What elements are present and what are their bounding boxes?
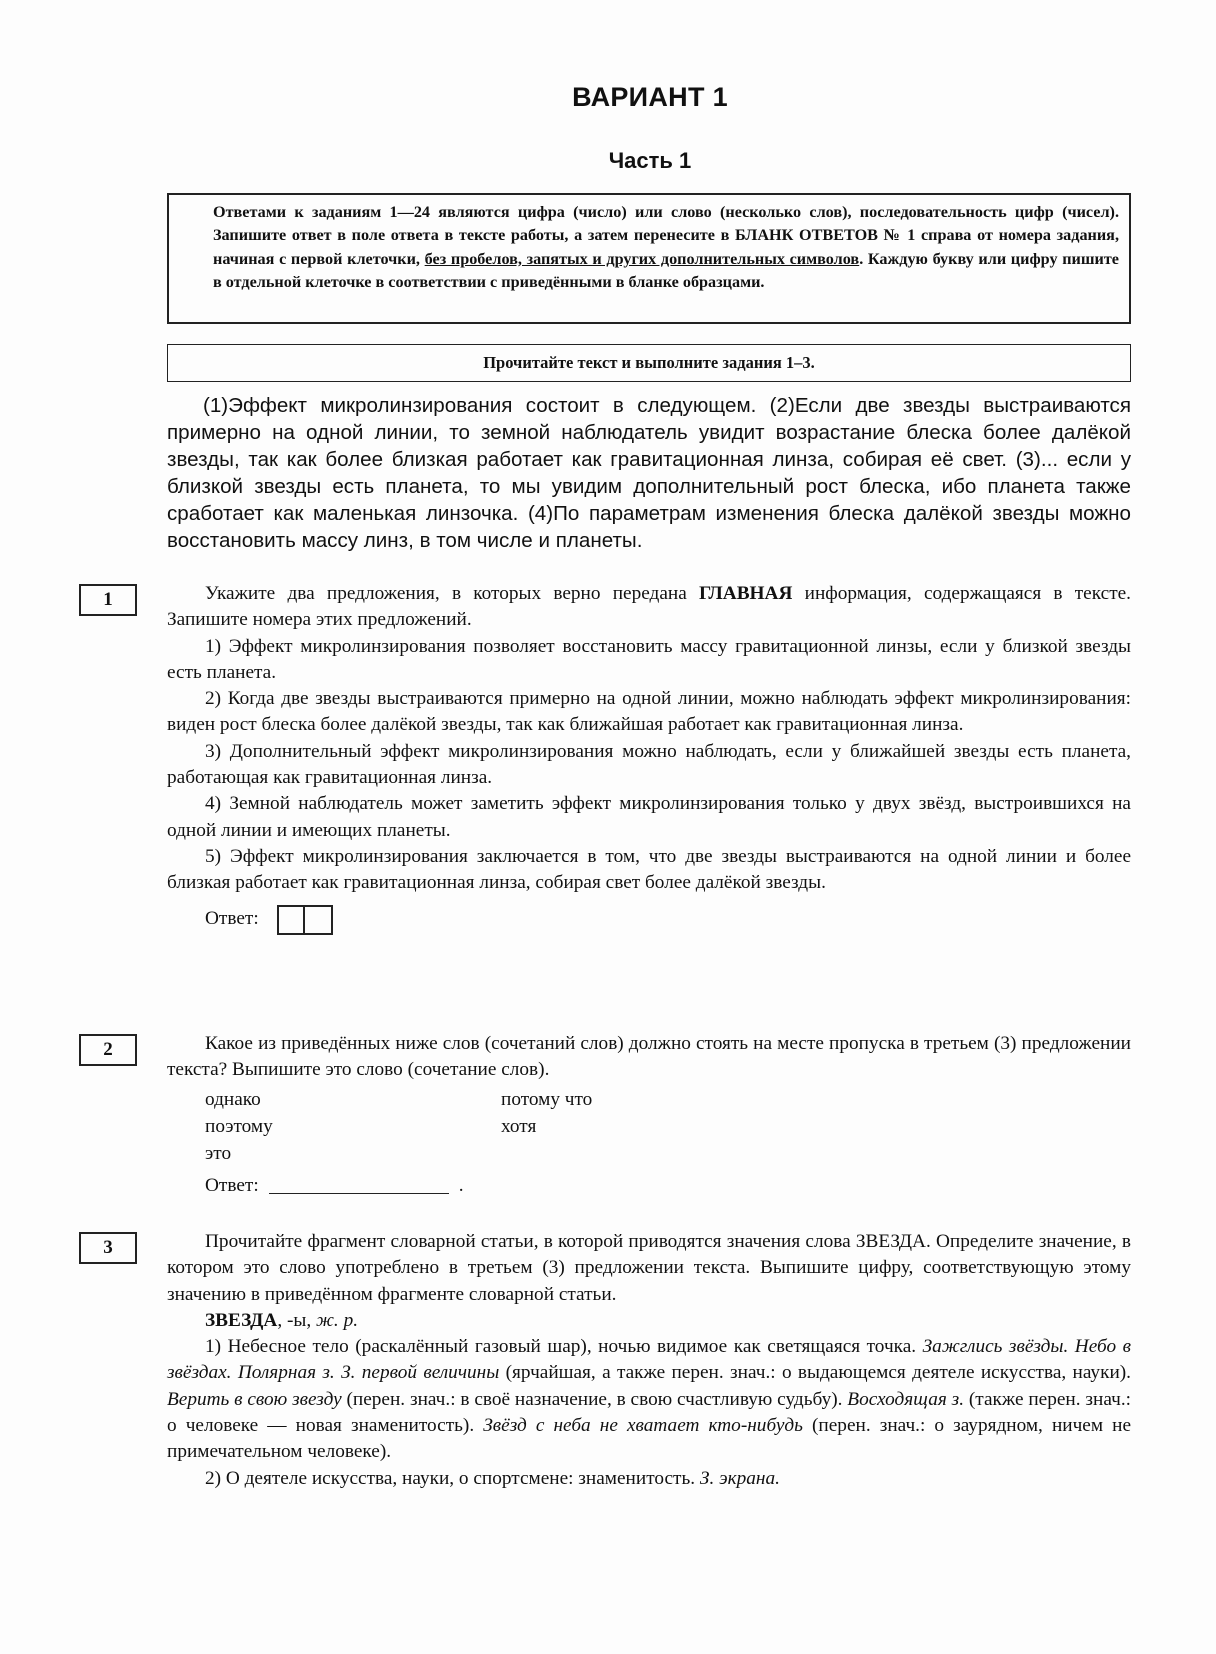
- task-number-2: 2: [79, 1034, 137, 1066]
- read-prompt-box: Прочитайте текст и выполните задания 1–3…: [167, 344, 1131, 382]
- task-2-answer-period: .: [459, 1173, 464, 1199]
- task-2-word: потому что: [501, 1086, 801, 1113]
- task-2-word: это: [205, 1140, 501, 1167]
- instructions-box: Ответами к заданиям 1—24 являются цифра …: [167, 193, 1131, 324]
- dictionary-meaning-2: 2) О деятеле искусства, науки, о спортсм…: [167, 1466, 1131, 1492]
- dictionary-ending: , -ы,: [277, 1310, 316, 1331]
- task-1-prompt: Укажите два предложения, в которых верно…: [167, 581, 1131, 634]
- task-1-option-2: 2) Когда две звезды выстраиваются пример…: [167, 686, 1131, 739]
- dictionary-example: З. экрана.: [700, 1468, 780, 1489]
- task-2-answer-field[interactable]: [269, 1177, 449, 1194]
- task-number-1: 1: [79, 584, 137, 616]
- task-1-option-5: 5) Эффект микролинзирования заключается …: [167, 844, 1131, 897]
- task-2-prompt: Какое из приведённых ниже слов (сочетани…: [167, 1031, 1131, 1084]
- instructions-underlined: без пробелов, запятых и других дополните…: [425, 250, 860, 268]
- source-text: (1)Эффект микролинзирования состоит в сл…: [167, 392, 1131, 554]
- dictionary-definition: (перен. знач.: в своё назначение, в свою…: [342, 1389, 848, 1410]
- dictionary-entry-head: ЗВЕЗДА, -ы, ж. р.: [167, 1308, 1131, 1334]
- task-3: Прочитайте фрагмент словарной статьи, в …: [167, 1229, 1131, 1492]
- task-2-word: однако: [205, 1086, 501, 1113]
- dictionary-example: Звёзд с неба не хватает кто-нибудь: [483, 1415, 803, 1436]
- task-1-answer-label: Ответ:: [205, 906, 259, 932]
- task-1-option-1: 1) Эффект микролинзирования позволяет во…: [167, 634, 1131, 687]
- task-2-answer-row: Ответ: .: [167, 1173, 1131, 1199]
- task-1-prompt-part: Укажите два предложения, в которых верно…: [205, 583, 699, 604]
- variant-title: ВАРИАНТ 1: [0, 82, 1216, 113]
- dictionary-definition: 1) Небесное тело (раскалённый газовый ша…: [205, 1336, 923, 1357]
- dictionary-definition: (ярчайшая, а также перен. знач.: о выдаю…: [499, 1362, 1131, 1383]
- task-1-option-3: 3) Дополнительный эффект микролинзирован…: [167, 739, 1131, 792]
- dictionary-gender: ж. р.: [316, 1310, 358, 1331]
- task-1-answer-cell-2[interactable]: [305, 905, 333, 935]
- task-1-answer-cell-1[interactable]: [277, 905, 305, 935]
- dictionary-headword: ЗВЕЗДА: [205, 1310, 277, 1331]
- task-1-prompt-bold: ГЛАВНАЯ: [699, 583, 792, 604]
- task-1-option-4: 4) Земной наблюдатель может заметить эфф…: [167, 791, 1131, 844]
- task-3-prompt: Прочитайте фрагмент словарной статьи, в …: [167, 1229, 1131, 1308]
- dictionary-example: Верить в свою звезду: [167, 1389, 342, 1410]
- task-2-answer-label: Ответ:: [205, 1173, 259, 1199]
- task-1: Укажите два предложения, в которых верно…: [167, 581, 1131, 935]
- dictionary-definition: 2) О деятеле искусства, науки, о спортсм…: [205, 1468, 700, 1489]
- read-prompt: Прочитайте текст и выполните задания 1–3…: [483, 353, 815, 372]
- task-2: Какое из приведённых ниже слов (сочетани…: [167, 1031, 1131, 1199]
- part-title: Часть 1: [0, 148, 1216, 174]
- dictionary-meaning-1: 1) Небесное тело (раскалённый газовый ша…: [167, 1334, 1131, 1465]
- task-number-3: 3: [79, 1232, 137, 1264]
- dictionary-example: Восходящая з.: [847, 1389, 964, 1410]
- task-1-answer-boxes: [277, 905, 333, 935]
- task-2-word: поэтому: [205, 1113, 501, 1140]
- instructions-text: Ответами к заданиям 1—24 являются цифра …: [179, 201, 1119, 294]
- task-1-answer-row: Ответ:: [167, 905, 1131, 935]
- task-2-word-list: однако потому что поэтому хотя это: [167, 1086, 1131, 1167]
- task-2-word: хотя: [501, 1113, 801, 1140]
